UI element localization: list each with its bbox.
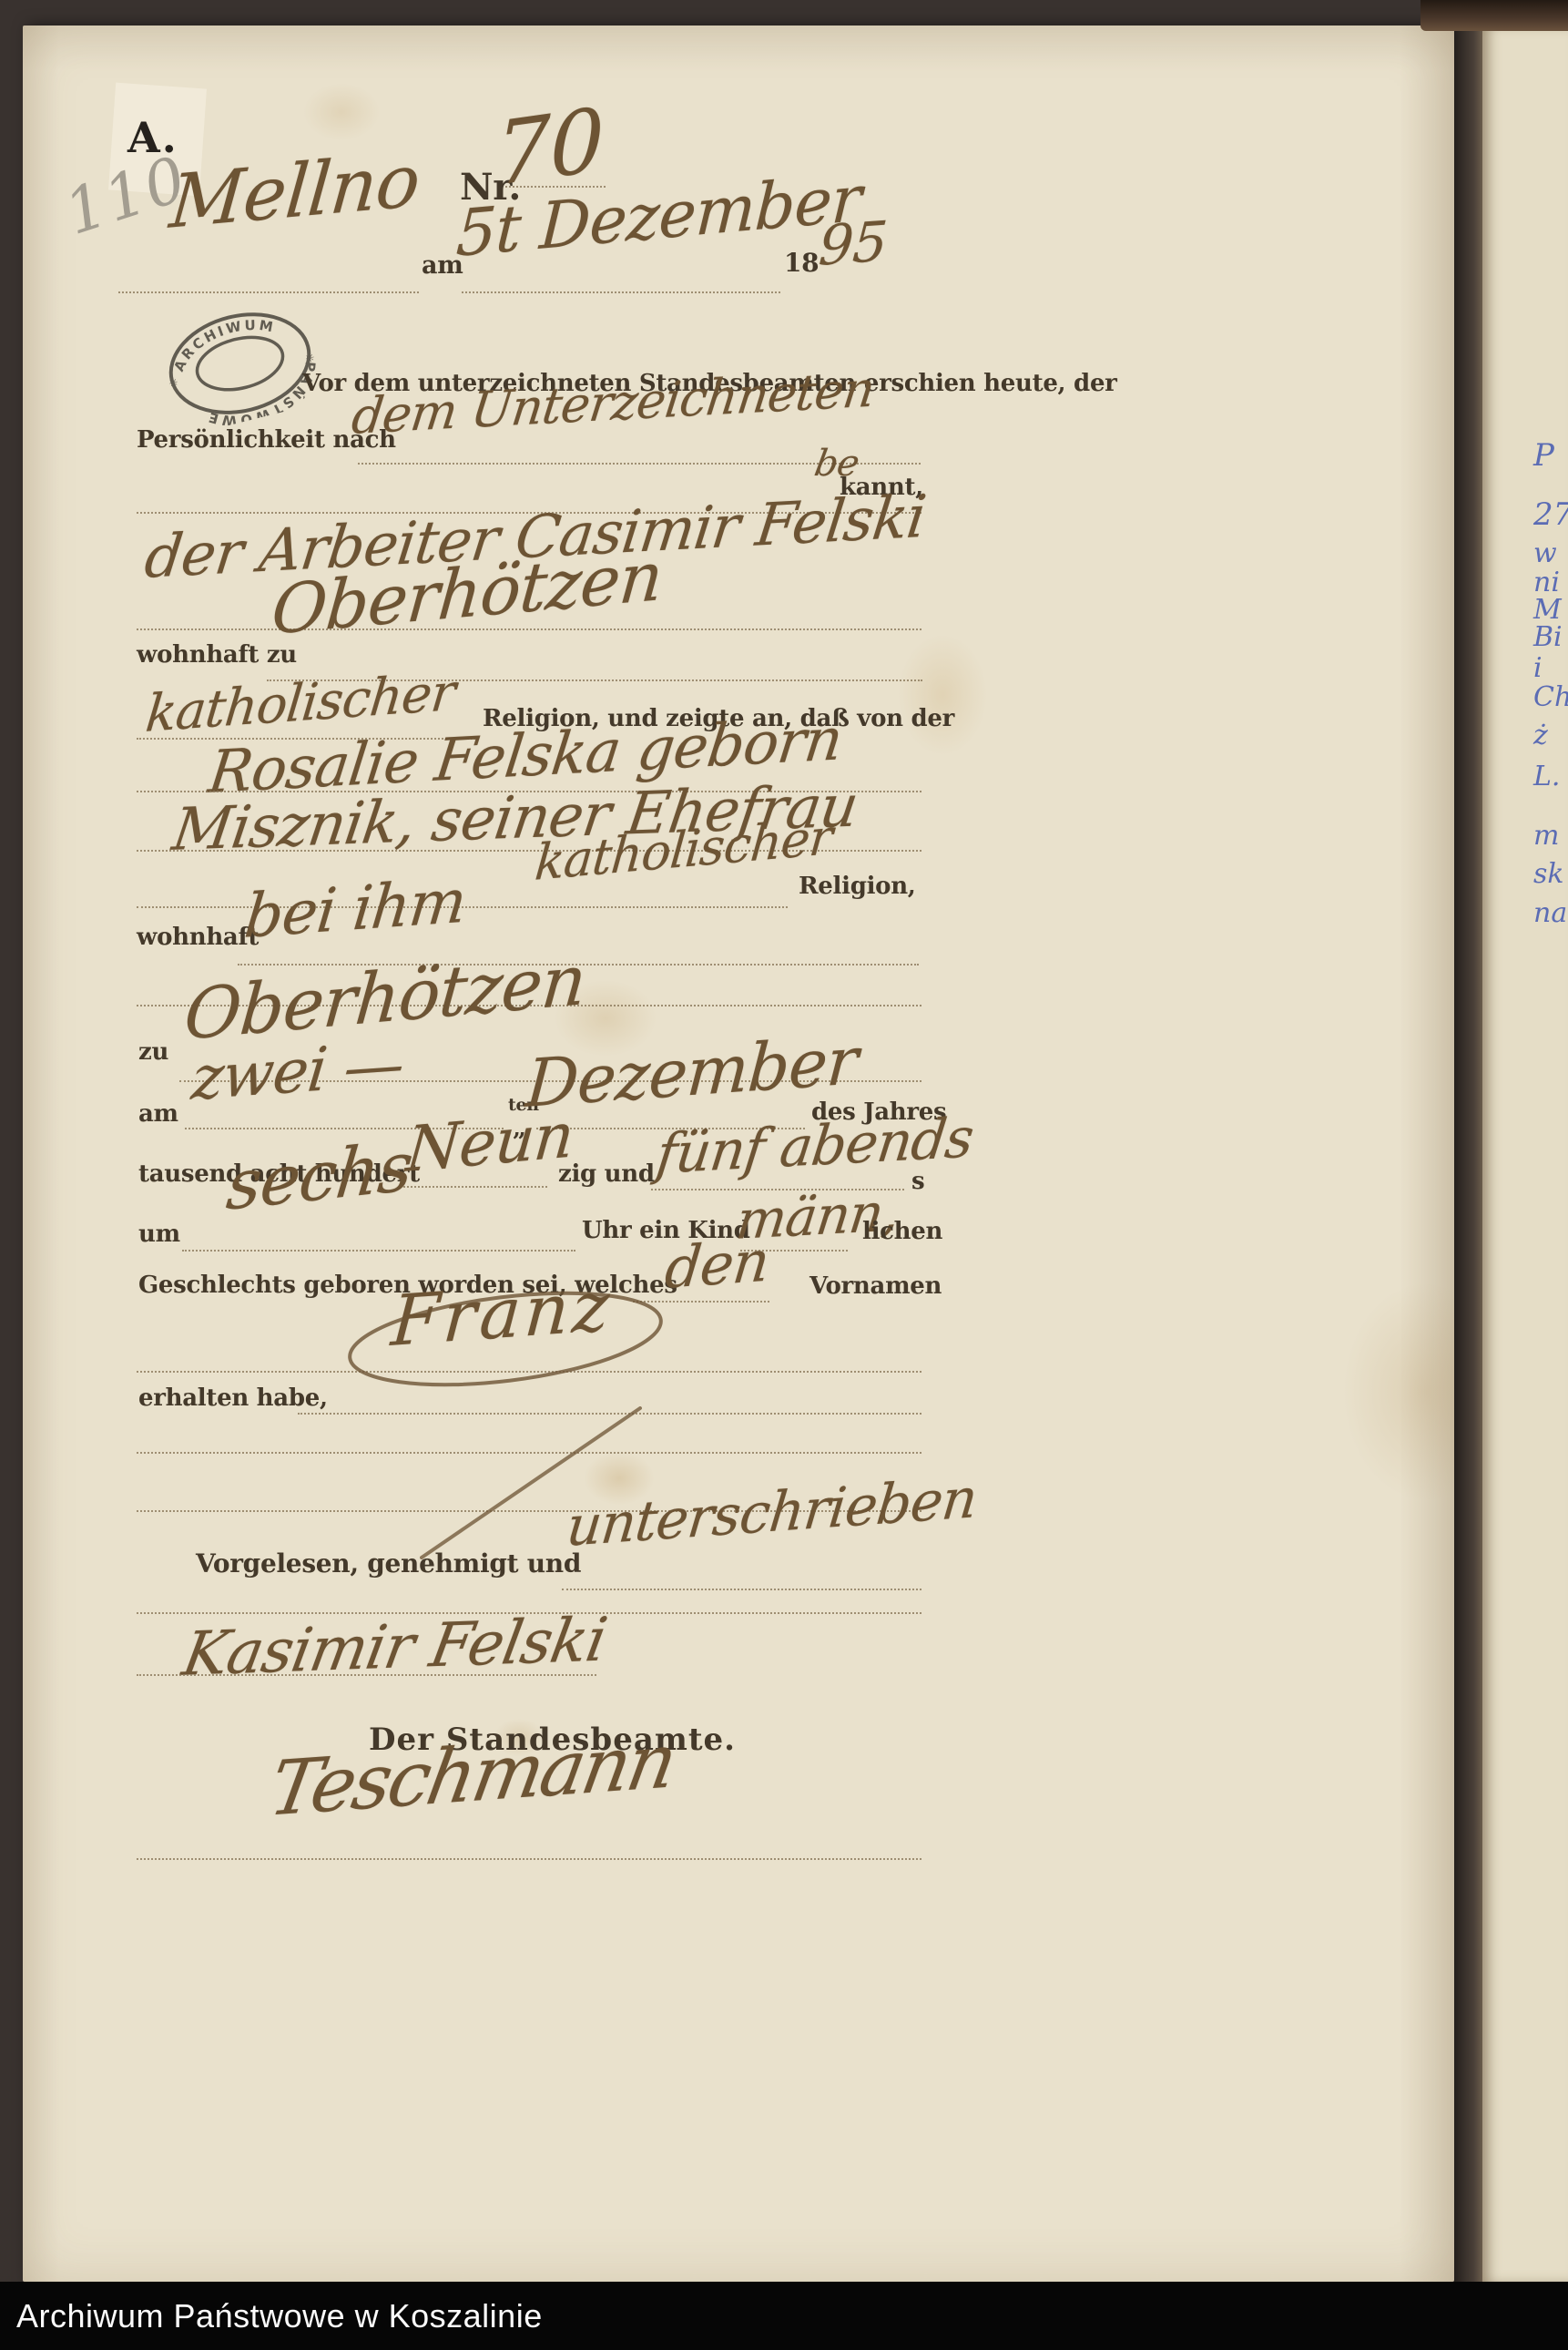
year-tens-handwritten: Neun [403,1099,576,1187]
religion-label: Religion, [799,873,916,900]
lichen-label: lichen [862,1218,942,1245]
margin-note-fragment: i [1533,652,1543,684]
hour-handwritten: sechs [223,1127,416,1226]
record-page: A. 110 Nr. 70 Mellno am 5t Dezember 18 9… [23,26,1454,2282]
margin-note-fragment: Bi [1533,621,1563,653]
declarant-signature: Kasimir Felski [178,1604,612,1690]
s-label: s [911,1168,924,1195]
um-label: um [138,1221,180,1248]
dotted-line [403,1186,547,1188]
dotted-line [633,1301,769,1303]
dotted-line [137,1674,596,1676]
place-handwritten: Mellno [167,138,423,245]
dotted-line [118,291,419,293]
child-name-handwritten: Franz [389,1264,616,1362]
dotted-line [182,1250,575,1252]
next-page-edge: P 27 w ni M Bi i Ch ż L. m sk na [1482,27,1568,2282]
residence2-handwritten: bei ihm [241,865,469,952]
dotted-line [137,1452,921,1454]
margin-note-fragment: m [1533,820,1559,852]
margin-note-fragment: sk [1533,858,1564,890]
book-binding [1420,0,1568,31]
zig-und-label: zig und [558,1160,655,1188]
archive-name: Archiwum Państwowe w Koszalinie [0,2297,543,2335]
birth-day-handwritten: zwei — [188,1028,407,1114]
closing-handwritten: unterschrieben [564,1466,980,1559]
margin-note-fragment: L. [1533,761,1560,792]
stamp-star-left: ✳ [168,375,182,391]
margin-note-fragment: P [1533,437,1554,474]
century-printed: 18 [784,248,819,278]
erhalten-habe-label: erhalten habe, [138,1384,328,1412]
margin-note-fragment: na [1533,897,1567,929]
dotted-line [137,628,921,630]
page-gutter [1454,26,1482,2282]
dotted-line [137,1371,921,1373]
margin-note-fragment: ż [1533,720,1548,751]
margin-note-fragment: Ch [1533,681,1568,713]
zu-label: zu [138,1038,168,1066]
registrar-signature: Teschmann [263,1718,681,1834]
article-handwritten: den [662,1227,772,1302]
vorgelesen-label: Vorgelesen, genehmigt und [196,1548,581,1579]
year-units-handwritten: fünf abends [653,1106,976,1187]
am2-label: am [138,1100,178,1128]
archive-stamp: ARCHIWUM PAŃSTWOWE ✳ ✳ [148,288,333,442]
scanned-document: A. 110 Nr. 70 Mellno am 5t Dezember 18 9… [0,0,1568,2350]
margin-note-fragment: w [1533,537,1557,569]
dotted-line [137,1858,921,1860]
year-handwritten: 95 [817,209,889,279]
dotted-line [562,1589,921,1590]
vornamen-label: Vornamen [809,1272,942,1300]
dotted-line [298,1413,921,1415]
dotted-line [462,291,780,293]
wohnhaft-label: wohnhaft [137,924,259,951]
margin-note-fragment: 27 [1533,496,1568,533]
footer-bar: Archiwum Państwowe w Koszalinie [0,2282,1568,2350]
